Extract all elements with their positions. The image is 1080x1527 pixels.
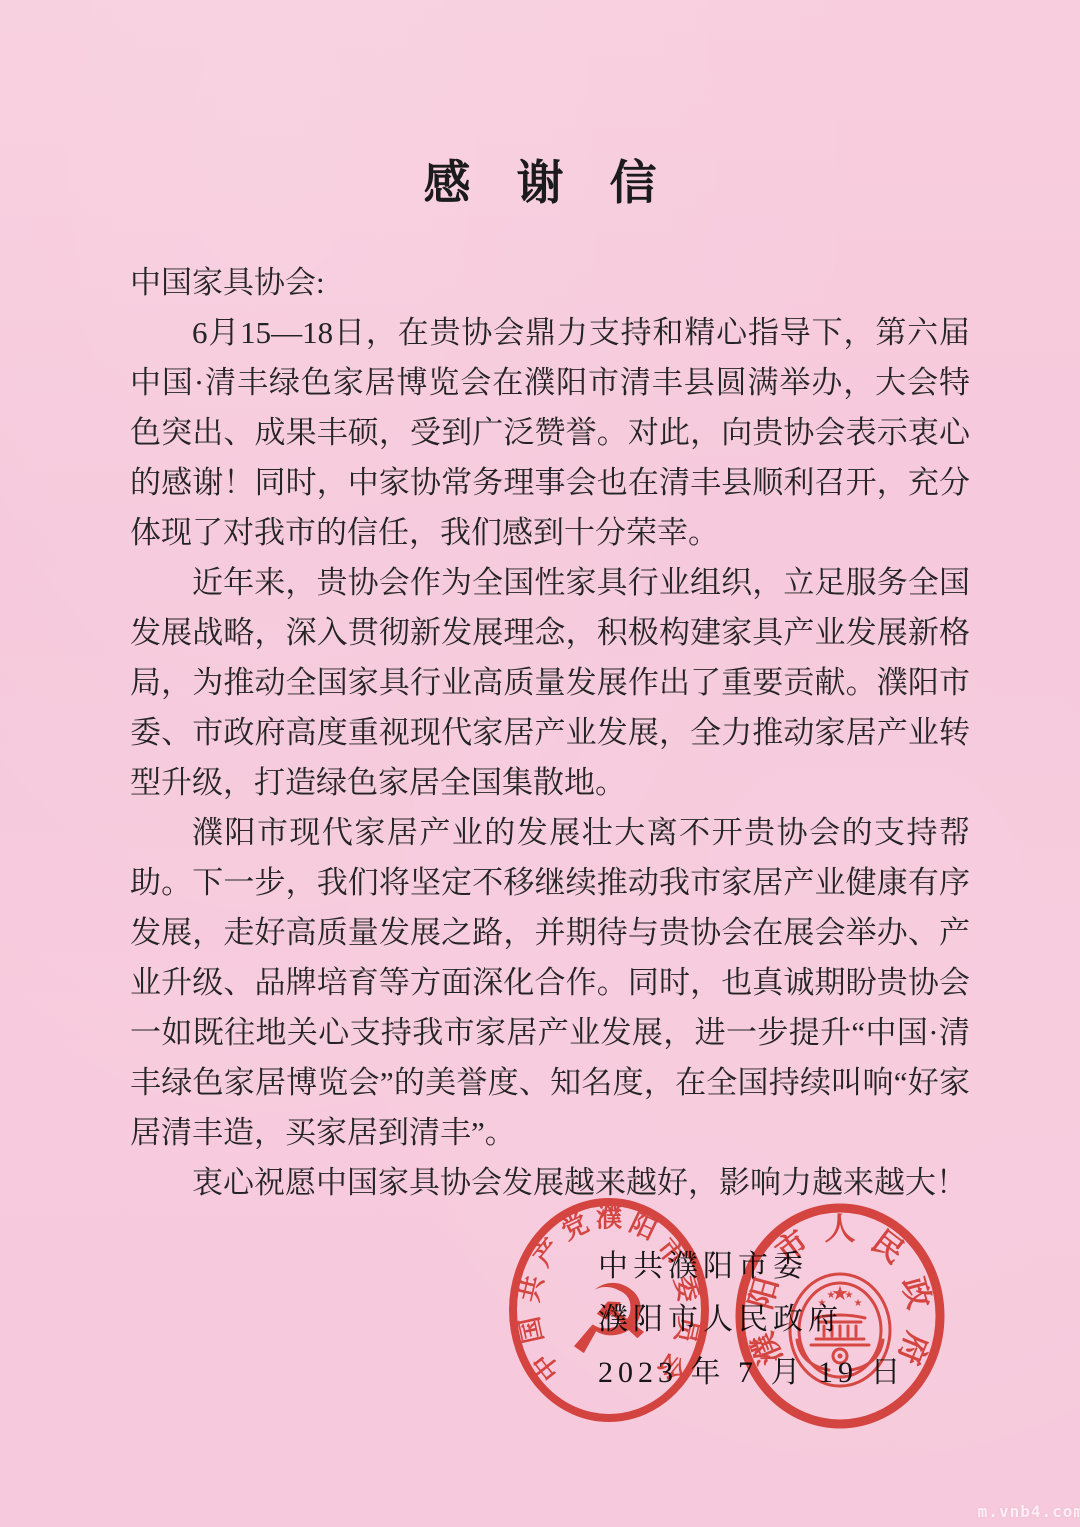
svg-text:员: 员	[669, 1314, 703, 1348]
paragraph-3: 濮阳市现代家居产业的发展壮大离不开贵协会的支持帮助。下一步，我们将坚定不移继续推…	[130, 808, 970, 1158]
salutation: 中国家具协会:	[130, 258, 970, 308]
paragraph-2: 近年来，贵协会作为全国性家具行业组织，立足服务全国发展战略，深入贯彻新发展理念，…	[130, 558, 970, 808]
party-committee-seal: ☭ 中国共产党濮阳市委员会	[506, 1194, 712, 1426]
svg-text:政: 政	[895, 1273, 937, 1312]
svg-text:人: 人	[825, 1212, 856, 1247]
government-seal: ★ ★ ★ ★ ★ 濮阳市人民政府	[731, 1200, 949, 1432]
paragraph-1: 6月15—18日，在贵协会鼎力支持和精心指导下，第六届中国·清丰绿色家居博览会在…	[130, 308, 970, 558]
letter-page: 感谢信 中国家具协会: 6月15—18日，在贵协会鼎力支持和精心指导下，第六届中…	[0, 0, 1080, 1527]
svg-text:阳: 阳	[743, 1273, 785, 1312]
watermark: m.vnb4.com	[978, 1502, 1080, 1521]
svg-text:★: ★	[818, 1298, 827, 1309]
svg-text:国: 国	[515, 1314, 549, 1346]
national-emblem-icon: ★ ★ ★ ★ ★	[790, 1274, 890, 1386]
letter-title: 感谢信	[0, 146, 1080, 213]
svg-text:★: ★	[854, 1298, 863, 1309]
svg-text:委: 委	[669, 1273, 703, 1305]
svg-text:★: ★	[827, 1290, 836, 1301]
svg-text:共: 共	[515, 1273, 549, 1305]
hammer-sickle-icon: ☭	[566, 1264, 652, 1376]
svg-text:濮: 濮	[596, 1204, 622, 1233]
letter-body: 中国家具协会: 6月15—18日，在贵协会鼎力支持和精心指导下，第六届中国·清丰…	[130, 258, 970, 1208]
svg-text:★: ★	[845, 1290, 854, 1301]
